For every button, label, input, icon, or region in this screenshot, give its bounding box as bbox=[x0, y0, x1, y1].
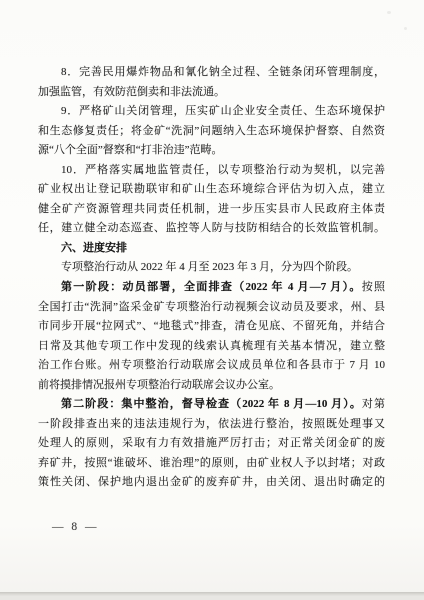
text-line: 10．严格落实属地监管责任，以专项整治行动为契机，以完善 bbox=[38, 161, 385, 181]
text-line: 处理人的原则，采取有力有效措施严厉打击；对正常关闭金矿的废 bbox=[38, 434, 385, 454]
text-line: 市同步开展“拉网式”、“地毯式”排查，清仓见底、不留死角，并结合 bbox=[38, 317, 385, 337]
scan-speck bbox=[404, 27, 407, 30]
text-line: 一阶段排查出来的违法违规行为，依法进行整治，按照既处理事又 bbox=[38, 415, 385, 435]
text-line: 全国打击“洗洞”盗采金矿专项整治行动视频会议动员及要求，州、县 bbox=[38, 298, 385, 318]
page-number: — 8 — bbox=[52, 521, 97, 533]
text-line: 第二阶段：集中整治，督导检查（2022 年 8 月—10 月）。对第 bbox=[38, 395, 385, 415]
text-segment: 对第 bbox=[362, 398, 385, 410]
text-line: 前将摸排情况报州专项整治行动联席会议办公室。 bbox=[38, 376, 385, 396]
text-line: 日常及其他专项工作中发现的线索认真梳理有关基本情况，建立整 bbox=[38, 337, 385, 357]
text-line: 矿业权出让登记联勘联审和矿山生态环境综合评估为切入点，建立 bbox=[38, 180, 385, 200]
phase-heading-segment: 第一阶段：动员部署，全面排查（2022 年 4 月—7 月）。 bbox=[61, 281, 362, 293]
text-segment: 按照 bbox=[362, 281, 385, 293]
text-line: 源“八个全面”督察和“打非治违”范畴。 bbox=[38, 141, 385, 161]
text-line: 弃矿井，按照“谁破坏、谁治理”的原则，由矿业权人予以封堵；对政 bbox=[38, 454, 385, 474]
text-line: 和生态修复责任；将金矿“洗洞”问题纳入生态环境保护督察、自然资 bbox=[38, 122, 385, 142]
page-bottom-edge bbox=[0, 592, 424, 596]
text-line: 加强监管，有效防范倒卖和非法流通。 bbox=[38, 83, 385, 103]
text-line: 8．完善民用爆炸物品和氰化钠全过程、全链条闭环管理制度， bbox=[38, 63, 385, 83]
text-line: 健全矿产资源管理共同责任机制，进一步压实县市人民政府主体责 bbox=[38, 200, 385, 220]
text-line: 9．严格矿山关闭管理，压实矿山企业安全责任、生态环境保护 bbox=[38, 102, 385, 122]
text-line: 第一阶段：动员部署，全面排查（2022 年 4 月—7 月）。按照 bbox=[38, 278, 385, 298]
text-line: 治工作台账。州专项整治行动联席会议成员单位和各县市于 7 月 10 bbox=[38, 356, 385, 376]
phase-heading-segment: 第二阶段：集中整治，督导检查（2022 年 8 月—10 月）。 bbox=[61, 398, 362, 410]
document-text: 8．完善民用爆炸物品和氰化钠全过程、全链条闭环管理制度， 加强监管，有效防范倒卖… bbox=[38, 63, 385, 493]
scan-speck bbox=[387, 11, 391, 14]
text-line: 策性关闭、保护地内退出金矿的废弃矿井，由关闭、退出时确定的 bbox=[38, 473, 385, 493]
text-line: 任，建立健全动态巡查、监控等人防与技防相结合的长效监管机制。 bbox=[38, 219, 385, 239]
document-page: 8．完善民用爆炸物品和氰化钠全过程、全链条闭环管理制度， 加强监管，有效防范倒卖… bbox=[0, 0, 424, 596]
section-heading: 六、进度安排 bbox=[38, 239, 385, 259]
text-line: 专项整治行动从 2022 年 4 月至 2023 年 3 月，分为四个阶段。 bbox=[38, 258, 385, 278]
